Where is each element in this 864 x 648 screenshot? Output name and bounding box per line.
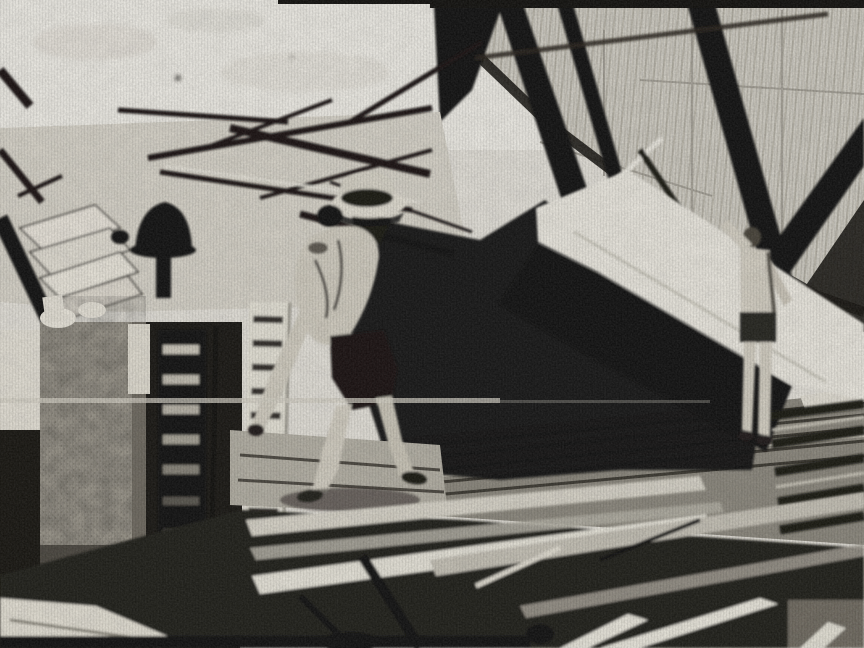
photo-frame: Grainy press photograph of cyclone wreck… [0, 0, 864, 648]
grain [0, 0, 864, 648]
wrecked-building-photo: Grainy press photograph of cyclone wreck… [0, 0, 864, 648]
